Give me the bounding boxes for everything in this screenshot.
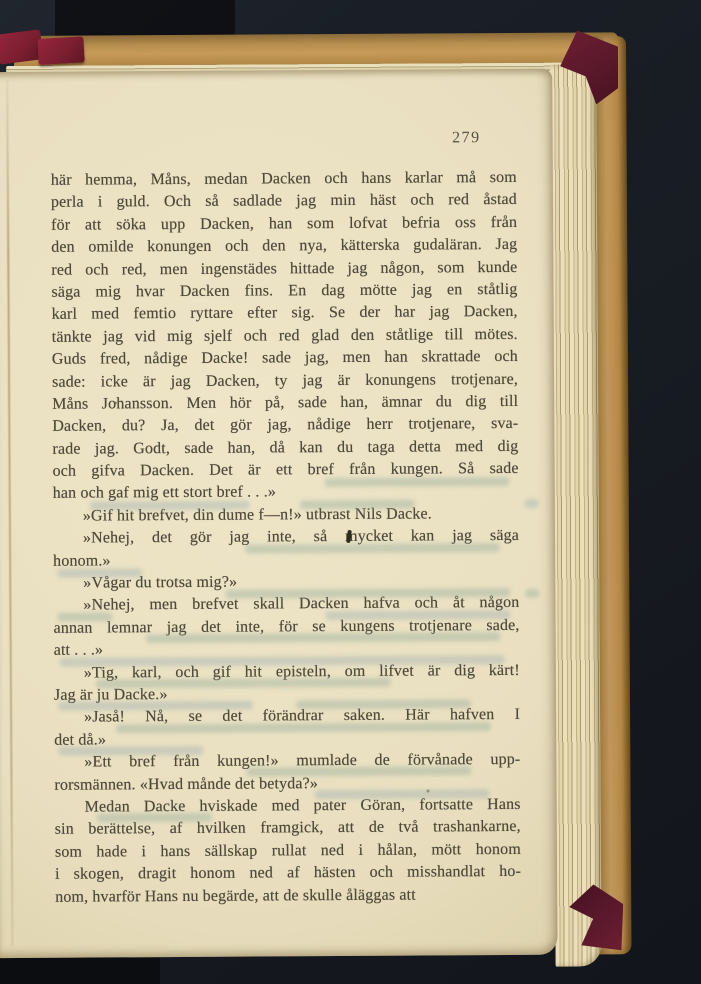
- text-line: som hade i hans sällskap rullat ned i hå…: [55, 839, 521, 864]
- gutter-crease: [6, 80, 13, 946]
- bleed-through-text: [300, 500, 415, 510]
- bleed-through-text: [325, 610, 510, 620]
- binding-tape-top-left-2: [37, 36, 84, 65]
- text-line: Guds fred, nådige Dacke! sade jag, men h…: [52, 346, 518, 371]
- paper-speck: [427, 789, 430, 792]
- bleed-through-text: [57, 612, 112, 621]
- bleed-through-text: [325, 477, 510, 487]
- text-line: här hemma, Måns, medan Dacken och hans k…: [51, 167, 517, 192]
- bleed-through-text: [58, 746, 203, 756]
- bleed-through-text: [246, 766, 471, 776]
- text-line: i skogen, dragit honom ned af hästen och…: [55, 861, 521, 886]
- book: 279 här hemma, Måns, medan Dacken och ha…: [0, 24, 648, 962]
- bleed-through-text: [57, 568, 142, 578]
- bleed-through-text: [296, 699, 471, 709]
- text-line: nom, hvarför Hans nu begärde, att de sku…: [55, 883, 521, 908]
- text-line: red och red, men ingenstädes hittade jag…: [51, 256, 517, 281]
- bleed-through-text: [225, 588, 510, 599]
- text-line: tänkte jag vid mig sjelf och red glad de…: [52, 324, 518, 349]
- text-line: för att söka upp Dacken, han som lofvat …: [51, 212, 517, 237]
- bleed-through-text: [315, 789, 490, 799]
- text-line: säga mig hvar Dacken fins. En dag mötte …: [51, 279, 517, 304]
- paper-speck: [66, 632, 68, 634]
- text-line: sade: icke är jag Dacken, ty jag är konu…: [52, 368, 518, 393]
- text-line: karl med femtio ryttare efter sig. Se de…: [52, 301, 518, 326]
- photo-backdrop: 279 här hemma, Måns, medan Dacken och ha…: [0, 0, 701, 984]
- page-number: 279: [53, 129, 481, 150]
- page-edges-fore-edge: [550, 64, 602, 966]
- paper-speck: [114, 401, 117, 404]
- text-line: Måns Johansson. Men hör på, sade han, äm…: [52, 391, 518, 416]
- text-line: den omilde konungen och den nya, kätters…: [51, 234, 517, 259]
- bleed-through-text: [245, 543, 500, 554]
- bleed-through-text: [58, 701, 253, 711]
- bleed-through-text: [96, 678, 391, 689]
- bleed-through-text: [525, 589, 539, 598]
- text-line: Dacken, du? Ja, det gör jag, nådige herr…: [52, 413, 518, 438]
- book-page: 279 här hemma, Måns, medan Dacken och ha…: [0, 69, 558, 958]
- text-line: rade jag. Godt, sade han, då kan du taga…: [52, 436, 518, 461]
- bleed-through-text: [525, 499, 539, 508]
- bleed-through-text: [90, 501, 250, 511]
- bleed-through-text: [97, 813, 212, 823]
- text-line: perla i guld. Och så sadlade jag min häs…: [51, 189, 517, 214]
